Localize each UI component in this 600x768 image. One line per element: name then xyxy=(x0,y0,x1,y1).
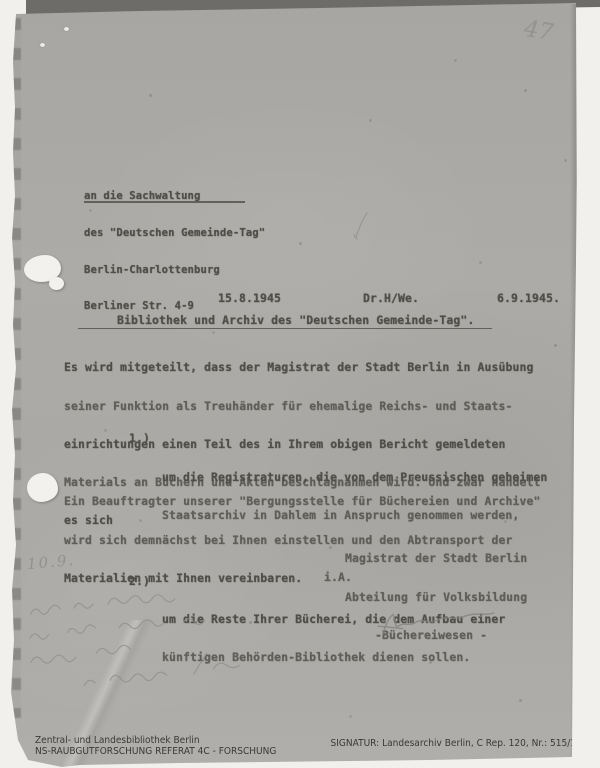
body-line: Es wird mitgeteilt, dass der Magistrat d… xyxy=(64,361,541,374)
pencil-check-mark xyxy=(350,210,380,242)
subject-line: Bibliothek und Archiv des "Deutschen Gem… xyxy=(117,314,474,327)
punch-hole xyxy=(27,473,58,502)
signature-prefix: i.A. xyxy=(324,571,352,584)
date-sent: 15.8.1945 xyxy=(218,292,281,305)
subject-underline xyxy=(78,328,492,330)
paper-speckles xyxy=(0,0,1,1)
punch-hole xyxy=(49,277,64,290)
right-edge-shading xyxy=(570,4,576,756)
library-stamp: Zentral- und Landesbibliothek Berlin NS-… xyxy=(35,735,276,757)
archive-signature: SIGNATUR: Landesarchiv Berlin, C Rep. 12… xyxy=(308,738,576,749)
folio-number-annotation: 47 xyxy=(522,16,555,46)
date-received: 6.9.1945. xyxy=(497,292,560,305)
recipient-address: an die Sachwaltung des "Deutschen Gemein… xyxy=(84,166,265,337)
scanned-letter-page: 47 an die Sachwaltung des "Deutschen Gem… xyxy=(0,0,600,768)
illegible-pencil-note xyxy=(21,579,286,702)
signature-org-line: Magistrat der Stadt Berlin xyxy=(345,552,527,565)
library-name: Zentral- und Landesbibliothek Berlin xyxy=(35,735,276,746)
list-marker: 1.) xyxy=(129,432,150,445)
recipient-line: des "Deutschen Gemeinde-Tag" xyxy=(84,227,265,239)
torn-left-edge-shading xyxy=(12,18,21,718)
body-line: Ein Beauftragter unserer "Bergungsstelle… xyxy=(64,495,541,508)
library-department: NS-RAUBGUTFORSCHUNG REFERAT 4C - FORSCHU… xyxy=(35,746,276,757)
paper-fleck xyxy=(64,27,69,31)
address-underline xyxy=(84,201,245,203)
paper-fleck xyxy=(40,43,45,47)
paper-sheet: 47 an die Sachwaltung des "Deutschen Gem… xyxy=(0,0,600,768)
reference-code: Dr.H/We. xyxy=(363,292,419,305)
recipient-line: Berlin-Charlottenburg xyxy=(84,264,265,276)
